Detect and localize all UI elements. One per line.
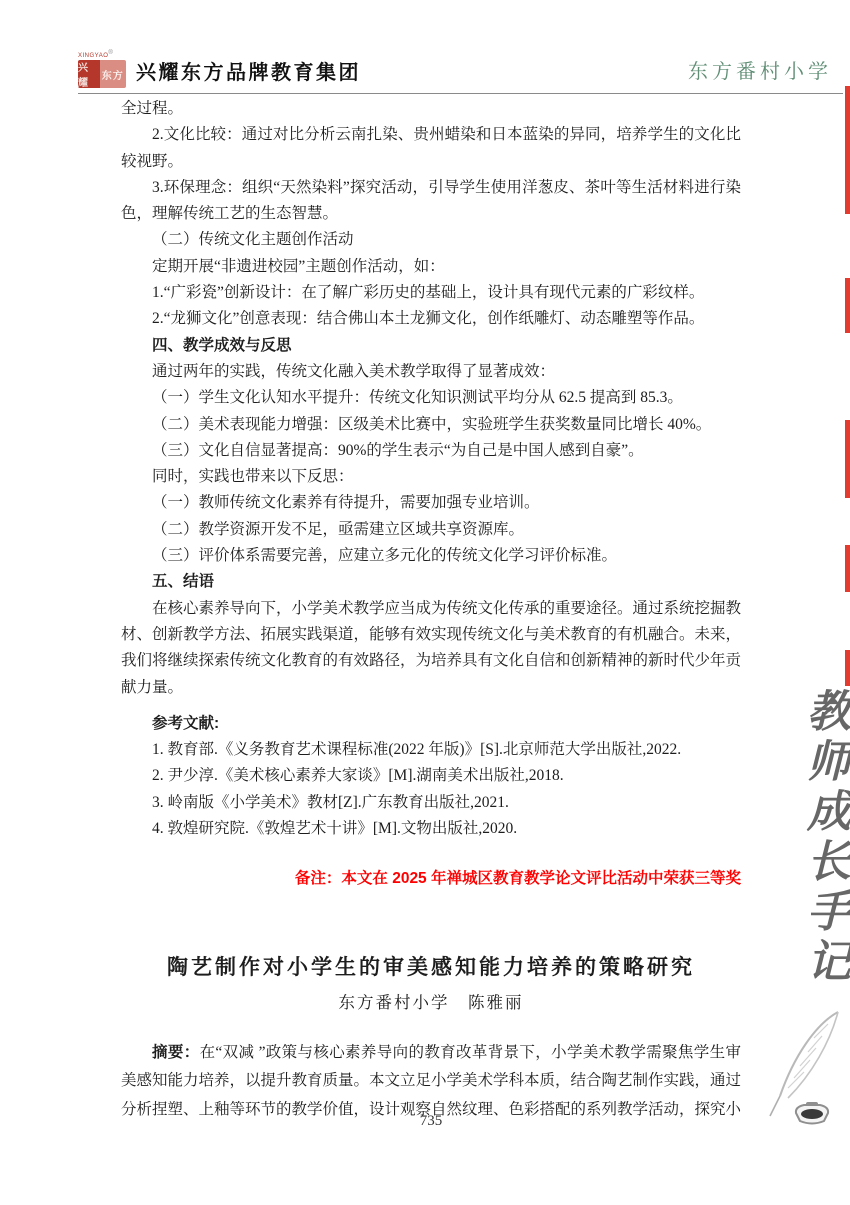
- body-paragraph: 2.文化比较：通过对比分析云南扎染、贵州蜡染和日本蓝染的异同，培养学生的文化比较…: [121, 122, 741, 175]
- abstract-text: 在“双减 ”政策与核心素养导向的教育改革背景下，小学美术教学需聚焦学生审美感知能…: [121, 1044, 741, 1118]
- page-header: XINGYAO® 兴耀 东方 兴耀东方品牌教育集团 东方番村小学: [78, 48, 842, 92]
- body-paragraph: （二）教学资源开发不足，亟需建立区域共享资源库。: [121, 517, 741, 543]
- logo-subtext: XINGYAO®: [78, 50, 130, 59]
- page-number: 735: [121, 1113, 741, 1130]
- body-paragraph: 四、教学成效与反思: [121, 333, 741, 359]
- teacher-growth-notes-calligraphy: 教师成长手记: [802, 688, 846, 998]
- seal-right-glyphs: 东方: [100, 60, 126, 88]
- body-paragraph: 在核心素养导向下，小学美术教学应当成为传统文化传承的重要途径。通过系统挖掘教材、…: [121, 596, 741, 701]
- body-paragraph: 全过程。: [121, 96, 741, 122]
- article-body: 全过程。 2.文化比较：通过对比分析云南扎染、贵州蜡染和日本蓝染的异同，培养学生…: [121, 96, 741, 1124]
- seal-icon: 兴耀 东方: [78, 60, 126, 88]
- award-note: 备注：本文在 2025 年禅城区教育教学论文评比活动中荣获三等奖: [121, 866, 741, 892]
- abstract-label: 摘要：: [152, 1044, 200, 1061]
- references-list: 1. 教育部.《义务教育艺术课程标准(2022 年版)》[S].北京师范大学出版…: [121, 737, 741, 842]
- body-paragraph: （二）美术表现能力增强：区级美术比赛中，实验班学生获奖数量同比增长 40%。: [121, 412, 741, 438]
- references-heading: 参考文献:: [121, 711, 741, 737]
- article2-title: 陶艺制作对小学生的审美感知能力培养的策略研究: [121, 951, 741, 983]
- body-paragraph: 2.“龙狮文化”创意表现：结合佛山本土龙狮文化，创作纸雕灯、动态雕塑等作品。: [121, 306, 741, 332]
- body-paragraph: 定期开展“非遗进校园”主题创作活动，如：: [121, 254, 741, 280]
- body-paragraph: 同时，实践也带来以下反思：: [121, 464, 741, 490]
- body-paragraph: （三）文化自信显著提高：90%的学生表示“为自己是中国人感到自豪”。: [121, 438, 741, 464]
- body-paragraph: （三）评价体系需要完善，应建立多元化的传统文化学习评价标准。: [121, 543, 741, 569]
- edge-highlight-marker: [845, 545, 850, 592]
- article2-byline: 东方番村小学 陈雅丽: [121, 991, 741, 1015]
- edge-highlight-marker: [845, 420, 850, 498]
- body-paragraph: （一）教师传统文化素养有待提升，需要加强专业培训。: [121, 490, 741, 516]
- seal-left-glyphs: 兴耀: [78, 60, 100, 88]
- article1-paragraphs: 全过程。 2.文化比较：通过对比分析云南扎染、贵州蜡染和日本蓝染的异同，培养学生…: [121, 96, 741, 701]
- body-paragraph: （二）传统文化主题创作活动: [121, 227, 741, 253]
- registered-mark: ®: [108, 50, 113, 56]
- body-paragraph: 五、结语: [121, 569, 741, 595]
- reference-item: 1. 教育部.《义务教育艺术课程标准(2022 年版)》[S].北京师范大学出版…: [121, 737, 741, 763]
- group-name: 兴耀东方品牌教育集团: [136, 56, 361, 85]
- school-name: 东方番村小学: [688, 55, 832, 84]
- body-paragraph: （一）学生文化认知水平提升：传统文化知识测试平均分从 62.5 提高到 85.3…: [121, 385, 741, 411]
- edge-highlight-marker: [845, 86, 850, 214]
- body-paragraph: 3.环保理念：组织“天然染料”探究活动，引导学生使用洋葱皮、茶叶等生活材料进行染…: [121, 175, 741, 228]
- reference-item: 2. 尹少淳.《美术核心素养大家谈》[M].湖南美术出版社,2018.: [121, 763, 741, 789]
- edge-highlight-marker: [845, 650, 850, 686]
- edge-highlight-marker: [845, 278, 850, 333]
- header-divider: [78, 93, 843, 94]
- quill-and-inkwell-icon: [766, 1008, 848, 1130]
- reference-item: 4. 敦煌研究院.《敦煌艺术十讲》[M].文物出版社,2020.: [121, 816, 741, 842]
- article2-abstract: 摘要：在“双减 ”政策与核心素养导向的教育改革背景下，小学美术教学需聚焦学生审美…: [121, 1039, 741, 1125]
- body-paragraph: 通过两年的实践，传统文化融入美术教学取得了显著成效：: [121, 359, 741, 385]
- reference-item: 3. 岭南版《小学美术》教材[Z].广东教育出版社,2021.: [121, 790, 741, 816]
- brand-seal-logo: XINGYAO® 兴耀 东方: [78, 50, 130, 92]
- document-page: XINGYAO® 兴耀 东方 兴耀东方品牌教育集团 东方番村小学 全过程。 2.…: [0, 0, 850, 1205]
- body-paragraph: 1.“广彩瓷”创新设计：在了解广彩历史的基础上，设计具有现代元素的广彩纹样。: [121, 280, 741, 306]
